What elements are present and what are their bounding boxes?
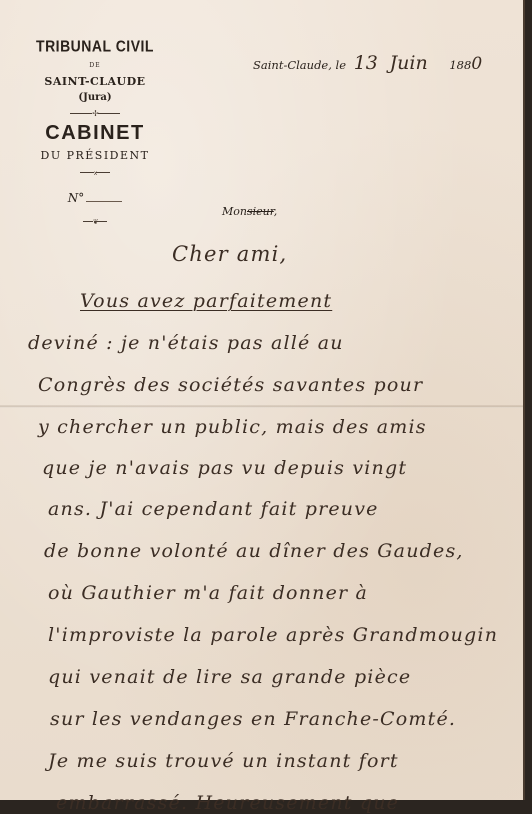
letter-line: que je n'avais pas vu depuis vingt bbox=[42, 457, 407, 479]
letter-line: de bonne volonté au dîner des Gaudes, bbox=[44, 540, 464, 562]
letter-greeting: Cher ami, bbox=[172, 242, 287, 266]
letter-line: y chercher un public, mais des amis bbox=[38, 416, 427, 438]
letter-line: Vous avez parfaitement bbox=[80, 290, 332, 312]
letter-line: l'improviste la parole après Grandmougin bbox=[48, 624, 498, 646]
letter-line: Je me suis trouvé un instant fort bbox=[48, 750, 399, 772]
letter-line: sur les vendanges en Franche-Comté. bbox=[50, 708, 456, 730]
letter-line: où Gauthier m'a fait donner à bbox=[48, 582, 368, 604]
letter-line: deviné : je n'étais pas allé au bbox=[28, 332, 344, 354]
letter-body: Cher ami, Vous avez parfaitement deviné … bbox=[0, 0, 525, 800]
letter-line: Congrès des sociétés savantes pour bbox=[38, 374, 423, 396]
letter-page: TRIBUNAL CIVIL DE SAINT-CLAUDE (Jura) ✢ … bbox=[0, 0, 525, 800]
letter-line: ans. J'ai cependant fait preuve bbox=[48, 498, 379, 520]
letter-line: embarrassé. Heureusement que bbox=[56, 792, 399, 800]
letter-line: qui venait de lire sa grande pièce bbox=[48, 666, 411, 688]
